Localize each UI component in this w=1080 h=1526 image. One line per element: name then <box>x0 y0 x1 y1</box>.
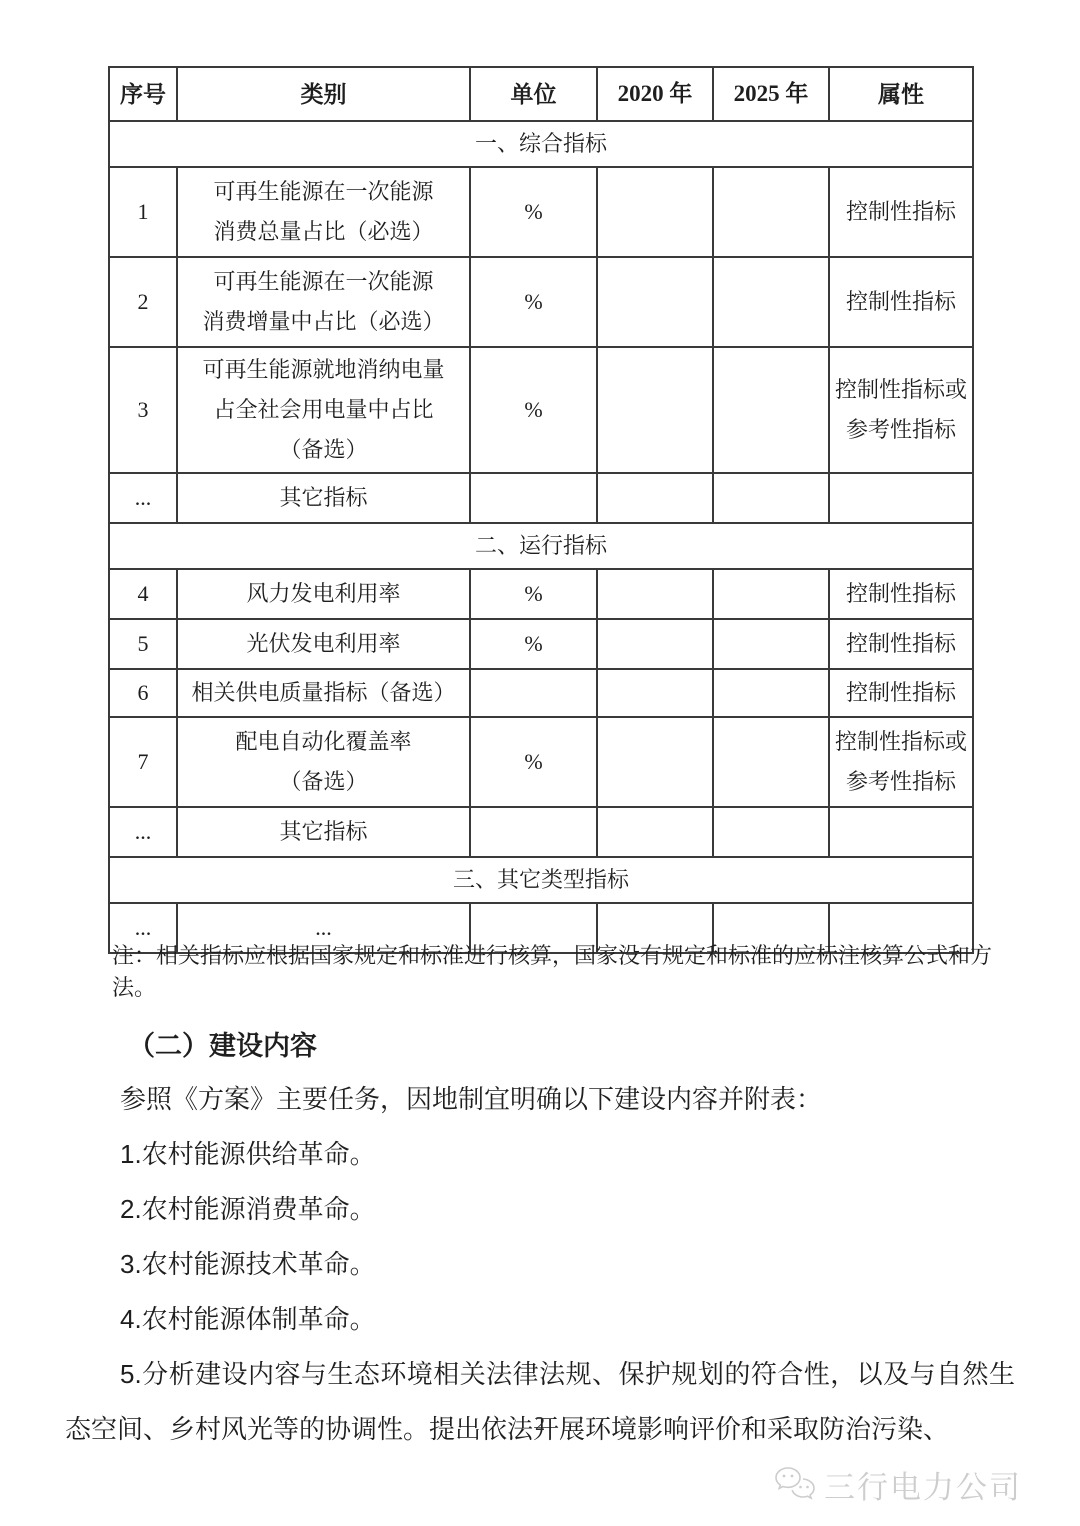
cell-category: 风力发电利用率 <box>177 569 470 619</box>
cell-unit: % <box>470 347 597 473</box>
cell-attr: 控制性指标或 参考性指标 <box>829 717 973 807</box>
section-label: 二、运行指标 <box>109 523 973 569</box>
col-header-2025: 2025 年 <box>713 67 829 121</box>
cell-2025 <box>713 473 829 523</box>
body-text-block: 注：相关指标应根据国家规定和标准进行核算，国家没有规定和标准的应标注核算公式和方… <box>65 940 1015 1457</box>
cell-category: 其它指标 <box>177 473 470 523</box>
cell-no: 5 <box>109 619 177 669</box>
list-item: 3.农村能源技术革命。 <box>65 1237 1015 1292</box>
cell-2025 <box>713 257 829 347</box>
cell-no: ... <box>109 807 177 857</box>
watermark: 三行电力公司 <box>774 1462 1022 1507</box>
table-note: 注：相关指标应根据国家规定和标准进行核算，国家没有规定和标准的应标注核算公式和方… <box>112 940 1015 1004</box>
cell-attr: 控制性指标 <box>829 257 973 347</box>
cell-unit: % <box>470 257 597 347</box>
cell-attr <box>829 473 973 523</box>
cell-attr: 控制性指标 <box>829 669 973 717</box>
cell-unit: % <box>470 717 597 807</box>
table-row: 3 可再生能源就地消纳电量 占全社会用电量中占比 （备选） % 控制性指标或 参… <box>109 347 973 473</box>
cell-category: 其它指标 <box>177 807 470 857</box>
list-item: 2.农村能源消费革命。 <box>65 1182 1015 1237</box>
wechat-icon <box>774 1465 816 1505</box>
list-item: 1.农村能源供给革命。 <box>65 1127 1015 1182</box>
cell-2020 <box>597 619 713 669</box>
col-header-2020: 2020 年 <box>597 67 713 121</box>
cell-2020 <box>597 347 713 473</box>
section-label: 三、其它类型指标 <box>109 857 973 903</box>
page-number: 2 <box>0 1413 1080 1436</box>
cell-category: 可再生能源在一次能源 消费总量占比（必选） <box>177 167 470 257</box>
section-row: 一、综合指标 <box>109 121 973 167</box>
table-row: ... 其它指标 <box>109 473 973 523</box>
indicator-table: 序号 类别 单位 2020 年 2025 年 属性 一、综合指标 1 可再生能源… <box>108 66 974 954</box>
cell-no: 3 <box>109 347 177 473</box>
cell-attr: 控制性指标 <box>829 619 973 669</box>
col-header-unit: 单位 <box>470 67 597 121</box>
cell-2025 <box>713 347 829 473</box>
cell-2025 <box>713 807 829 857</box>
section-heading: （二）建设内容 <box>65 1028 1015 1064</box>
cell-unit <box>470 807 597 857</box>
cell-attr: 控制性指标 <box>829 569 973 619</box>
cell-2025 <box>713 669 829 717</box>
document-page: 序号 类别 单位 2020 年 2025 年 属性 一、综合指标 1 可再生能源… <box>0 0 1080 1526</box>
list-item: 5.分析建设内容与生态环境相关法律法规、保护规划的符合性，以及与自然生态空间、乡… <box>65 1347 1015 1457</box>
cell-unit: % <box>470 167 597 257</box>
table-row: 6 相关供电质量指标（备选） 控制性指标 <box>109 669 973 717</box>
cell-2025 <box>713 569 829 619</box>
cell-unit: % <box>470 569 597 619</box>
list-item: 4.农村能源体制革命。 <box>65 1292 1015 1347</box>
watermark-text: 三行电力公司 <box>824 1462 1022 1507</box>
cell-no: 6 <box>109 669 177 717</box>
col-header-category: 类别 <box>177 67 470 121</box>
cell-no: 1 <box>109 167 177 257</box>
table-header-row: 序号 类别 单位 2020 年 2025 年 属性 <box>109 67 973 121</box>
table-row: 7 配电自动化覆盖率 （备选） % 控制性指标或 参考性指标 <box>109 717 973 807</box>
section-label: 一、综合指标 <box>109 121 973 167</box>
table-row: 4 风力发电利用率 % 控制性指标 <box>109 569 973 619</box>
cell-category: 光伏发电利用率 <box>177 619 470 669</box>
section-row: 三、其它类型指标 <box>109 857 973 903</box>
cell-2020 <box>597 569 713 619</box>
cell-unit <box>470 473 597 523</box>
cell-unit <box>470 669 597 717</box>
cell-no: ... <box>109 473 177 523</box>
cell-2020 <box>597 717 713 807</box>
cell-2020 <box>597 473 713 523</box>
cell-2025 <box>713 167 829 257</box>
cell-category: 配电自动化覆盖率 （备选） <box>177 717 470 807</box>
cell-2020 <box>597 257 713 347</box>
cell-2020 <box>597 669 713 717</box>
intro-paragraph: 参照《方案》主要任务，因地制宜明确以下建设内容并附表： <box>65 1072 1015 1127</box>
cell-2020 <box>597 807 713 857</box>
cell-unit: % <box>470 619 597 669</box>
table-row: 2 可再生能源在一次能源 消费增量中占比（必选） % 控制性指标 <box>109 257 973 347</box>
cell-category: 相关供电质量指标（备选） <box>177 669 470 717</box>
cell-category: 可再生能源在一次能源 消费增量中占比（必选） <box>177 257 470 347</box>
cell-category: 可再生能源就地消纳电量 占全社会用电量中占比 （备选） <box>177 347 470 473</box>
col-header-no: 序号 <box>109 67 177 121</box>
table-row: 5 光伏发电利用率 % 控制性指标 <box>109 619 973 669</box>
cell-attr: 控制性指标或 参考性指标 <box>829 347 973 473</box>
table-row: ... 其它指标 <box>109 807 973 857</box>
cell-2025 <box>713 619 829 669</box>
cell-2020 <box>597 167 713 257</box>
col-header-attr: 属性 <box>829 67 973 121</box>
cell-2025 <box>713 717 829 807</box>
cell-no: 2 <box>109 257 177 347</box>
table-row: 1 可再生能源在一次能源 消费总量占比（必选） % 控制性指标 <box>109 167 973 257</box>
cell-attr: 控制性指标 <box>829 167 973 257</box>
cell-no: 4 <box>109 569 177 619</box>
section-row: 二、运行指标 <box>109 523 973 569</box>
cell-attr <box>829 807 973 857</box>
cell-no: 7 <box>109 717 177 807</box>
